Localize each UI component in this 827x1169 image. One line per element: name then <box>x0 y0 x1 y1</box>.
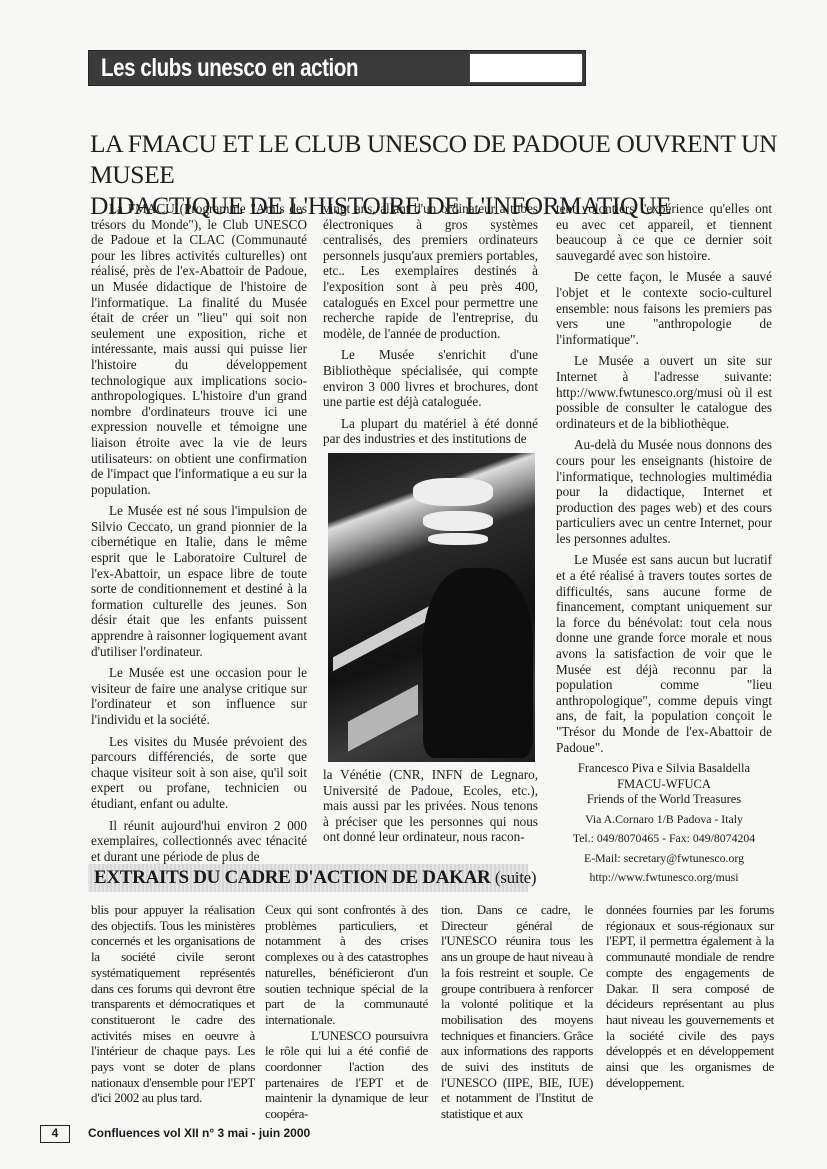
paragraph: données fournies par les forums régionau… <box>606 902 774 1090</box>
paragraph: Il réunit aujourd'hui environ 2 000 exem… <box>91 818 307 865</box>
dakar-section-header: EXTRAITS DU CADRE D'ACTION DE DAKAR (sui… <box>88 864 528 892</box>
ceiling-lamp <box>413 478 493 506</box>
dakar-column-3: tion. Dans ce cadre, le Directeur généra… <box>441 902 593 1122</box>
paragraph: la Vénétie (CNR, INFN de Legnaro, Univer… <box>323 767 538 845</box>
signature-authors: Francesco Piva e Silvia Basaldella <box>556 761 772 777</box>
article-column-2-top: vingt ans, allant d'un ordinateur à tube… <box>323 201 538 453</box>
paragraph: Le Musée a ouvert un site sur Internet à… <box>556 353 772 431</box>
paragraph: Le Musée s'enrichit d'une Bibliothèque s… <box>323 347 538 409</box>
paragraph: tion. Dans ce cadre, le Directeur généra… <box>441 902 593 1122</box>
dakar-column-4: données fournies par les forums régionau… <box>606 902 774 1090</box>
signature-org: FMACU-WFUCA <box>556 777 772 793</box>
paragraph: Les visites du Musée prévoient des parco… <box>91 734 307 812</box>
visitors-group <box>423 568 533 758</box>
paragraph: De cette façon, le Musée a sauvé l'objet… <box>556 269 772 347</box>
museum-photo <box>328 453 535 762</box>
paragraph: Le Musée est né sous l'impulsion de Silv… <box>91 503 307 659</box>
paragraph: L'UNESCO poursuivra le rôle qui lui a ét… <box>265 1028 428 1122</box>
paragraph: Le Musée est une occasion pour le visite… <box>91 665 307 727</box>
paragraph: La plupart du matériel à été donné par d… <box>323 416 538 447</box>
author-signature: Francesco Piva e Silvia Basaldella FMACU… <box>556 761 772 886</box>
dakar-column-1: blis pour appuyer la réalisation des obj… <box>91 902 255 1106</box>
paragraph: Le Musée est sans aucun but lucratif et … <box>556 552 772 755</box>
publication-info: Confluences vol XII n° 3 mai - juin 2000 <box>88 1126 310 1140</box>
signature-url[interactable]: http://www.fwtunesco.org/musi <box>556 870 772 886</box>
paragraph: tent volontiers l'expérience qu'elles on… <box>556 201 772 263</box>
signature-org-full: Friends of the World Treasures <box>556 792 772 808</box>
paragraph: vingt ans, allant d'un ordinateur à tube… <box>323 201 538 341</box>
paragraph: Au-delà du Musée nous donnons des cours … <box>556 437 772 546</box>
article-column-2-bottom: la Vénétie (CNR, INFN de Legnaro, Univer… <box>323 767 538 851</box>
signature-email[interactable]: E-Mail: secretary@fwtunesco.org <box>556 851 772 867</box>
article-column-1: La FMACU (Programme "Amis des trésors du… <box>91 201 307 870</box>
ceiling-lamp <box>423 511 493 531</box>
section-title: Les clubs unesco en action <box>101 53 358 83</box>
article-column-3: tent volontiers l'expérience qu'elles on… <box>556 201 772 886</box>
paragraph: blis pour appuyer la réalisation des obj… <box>91 902 255 1106</box>
signature-phone: Tel.: 049/8070465 - Fax: 049/8074204 <box>556 831 772 847</box>
section-banner: Les clubs unesco en action <box>88 50 586 86</box>
paragraph: La FMACU (Programme "Amis des trésors du… <box>91 201 307 497</box>
headline-line-1: LA FMACU ET LE CLUB UNESCO DE PADOUE OUV… <box>90 128 780 190</box>
ceiling-lamp <box>428 533 488 545</box>
dakar-title: EXTRAITS DU CADRE D'ACTION DE DAKAR (sui… <box>94 867 536 889</box>
signature-address: Via A.Cornaro 1/B Padova - Italy <box>556 812 772 828</box>
banner-empty-box <box>469 53 583 83</box>
page-number: 4 <box>40 1125 70 1143</box>
computer-exhibit <box>348 684 418 751</box>
dakar-column-2: Ceux qui sont confrontés à des problèmes… <box>265 902 428 1122</box>
dakar-title-suite: (suite) <box>495 868 536 887</box>
dakar-title-text: EXTRAITS DU CADRE D'ACTION DE DAKAR <box>94 867 490 888</box>
paragraph: Ceux qui sont confrontés à des problèmes… <box>265 902 428 1028</box>
